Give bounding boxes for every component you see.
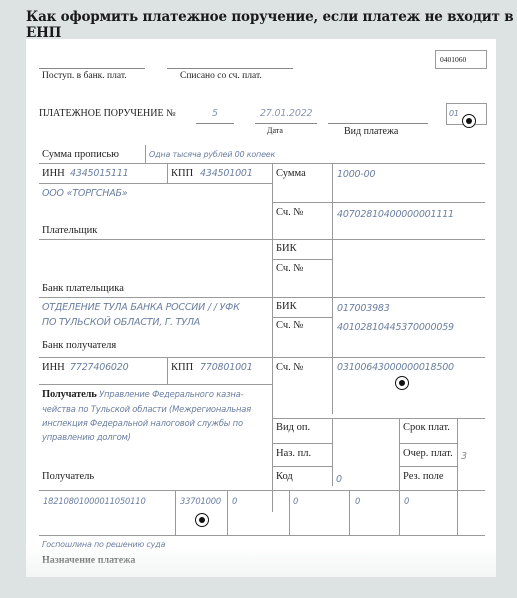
- divider: [272, 443, 332, 444]
- divider: [39, 297, 485, 298]
- recipient-name-line3[interactable]: инспекция Федеральной налоговой службы п…: [42, 416, 274, 430]
- divider: [399, 466, 457, 467]
- divider: [39, 357, 485, 358]
- divider: [39, 384, 272, 385]
- recipient-bank-bik[interactable]: 017003983: [337, 303, 390, 314]
- amount-words[interactable]: Одна тысяча рублей 00 копеек: [149, 150, 275, 159]
- payer-amount-label: Сумма: [276, 168, 306, 179]
- page-title: Как оформить платежное поручение, если п…: [26, 9, 517, 41]
- payment-type-line: [328, 123, 428, 124]
- payer-label: Плательщик: [42, 225, 97, 236]
- recipient-name-line1[interactable]: Управление Федерального казна-: [99, 389, 243, 399]
- payer-bank-label: Банк плательщика: [42, 283, 124, 294]
- recipient-bank-account[interactable]: 40102810445370000059: [337, 322, 454, 333]
- payer-account-label: Сч. №: [276, 207, 303, 218]
- divider: [272, 418, 485, 419]
- recipient-prefix-label: Получатель: [42, 389, 97, 400]
- recipient-inn[interactable]: 7727406020: [70, 362, 128, 373]
- code-label: Код: [276, 471, 293, 482]
- divider: [332, 418, 333, 486]
- payer-account[interactable]: 40702810400000001111: [337, 209, 454, 220]
- oktmo-field[interactable]: 33701000: [180, 496, 221, 506]
- priority-value[interactable]: 3: [461, 451, 467, 462]
- divider: [289, 490, 290, 535]
- debited-label: Списано со сч. плат.: [180, 71, 262, 81]
- recipient-account-label: Сч. №: [276, 362, 303, 373]
- divider: [272, 202, 485, 203]
- divider: [272, 259, 332, 260]
- payer-bank-account-label: Сч. №: [276, 263, 303, 274]
- payment-type-label: Вид платежа: [344, 126, 398, 137]
- divider: [349, 490, 350, 535]
- recipient-kpp[interactable]: 770801001: [200, 362, 253, 373]
- payer-inn[interactable]: 4345015111: [70, 168, 128, 179]
- recipient-label: Получатель: [42, 471, 94, 482]
- divider: [227, 490, 228, 535]
- order-number-line: [196, 123, 234, 124]
- divider: [272, 163, 273, 512]
- divider: [175, 490, 176, 535]
- recipient-kpp-label: КПП: [171, 362, 193, 373]
- divider: [39, 183, 272, 184]
- purpose-code-label: Наз. пл.: [276, 448, 311, 459]
- field-106[interactable]: 0: [232, 496, 237, 506]
- oktmo-marker-icon: [195, 513, 209, 527]
- divider: [457, 490, 458, 535]
- received-line: [39, 68, 145, 69]
- recipient-inn-label: ИНН: [42, 362, 65, 373]
- amount-words-label: Сумма прописью: [42, 149, 119, 160]
- divider: [39, 239, 485, 240]
- recipient-bank-label: Банк получателя: [42, 340, 116, 351]
- recipient-account[interactable]: 03100643000000018500: [337, 362, 454, 373]
- op-type-label: Вид оп.: [276, 422, 310, 433]
- divider: [39, 163, 485, 164]
- priority-label: Очер. плат.: [403, 448, 453, 459]
- divider: [332, 163, 333, 414]
- order-date[interactable]: 27.01.2022: [260, 108, 312, 119]
- order-number[interactable]: 5: [212, 108, 218, 119]
- form-code: 0401060: [440, 55, 466, 64]
- term-label: Срок плат.: [403, 422, 450, 433]
- recipient-bank-account-label: Сч. №: [276, 320, 303, 331]
- payer-status-marker-icon: [462, 114, 476, 128]
- payer-inn-label: ИНН: [42, 168, 65, 179]
- payer-amount[interactable]: 1000-00: [337, 169, 375, 180]
- reserve-label: Рез. поле: [403, 471, 444, 482]
- divider: [272, 466, 332, 467]
- divider: [399, 443, 457, 444]
- field-108[interactable]: 0: [355, 496, 360, 506]
- date-line: [255, 123, 317, 124]
- account-marker-icon: [395, 376, 409, 390]
- divider: [399, 490, 400, 535]
- sheet-fade: [26, 545, 496, 577]
- order-title: ПЛАТЕЖНОЕ ПОРУЧЕНИЕ №: [39, 108, 176, 119]
- payer-name[interactable]: ООО «ТОРГСНАБ»: [42, 188, 127, 199]
- code-value[interactable]: 0: [336, 474, 342, 485]
- recipient-name-line4[interactable]: управлению долгом): [42, 430, 274, 444]
- field-109[interactable]: 0: [404, 496, 409, 506]
- recipient-name-block: Получатель Управление Федерального казна…: [42, 387, 274, 444]
- divider: [167, 357, 168, 384]
- payer-bank-bik-label: БИК: [276, 243, 297, 254]
- date-label: Дата: [267, 126, 283, 135]
- payer-kpp[interactable]: 434501001: [200, 168, 253, 179]
- divider: [39, 490, 485, 491]
- payer-status: 01: [449, 109, 459, 118]
- divider: [39, 535, 485, 536]
- divider: [167, 163, 168, 183]
- recipient-bank-name-line2[interactable]: ПО ТУЛЬСКОЙ ОБЛАСТИ, Г. ТУЛА: [42, 317, 200, 328]
- divider: [145, 145, 146, 163]
- recipient-name-line2[interactable]: чейства по Тульской области (Межрегионал…: [42, 402, 274, 416]
- recipient-bank-bik-label: БИК: [276, 301, 297, 312]
- field-107[interactable]: 0: [293, 496, 298, 506]
- divider: [272, 317, 332, 318]
- payer-kpp-label: КПП: [171, 168, 193, 179]
- debited-line: [167, 68, 293, 69]
- received-label: Поступ. в банк. плат.: [42, 71, 127, 81]
- recipient-bank-name-line1[interactable]: ОТДЕЛЕНИЕ ТУЛА БАНКА РОССИИ / / УФК: [42, 302, 240, 313]
- kbk-field[interactable]: 18210801000011050110: [43, 496, 146, 506]
